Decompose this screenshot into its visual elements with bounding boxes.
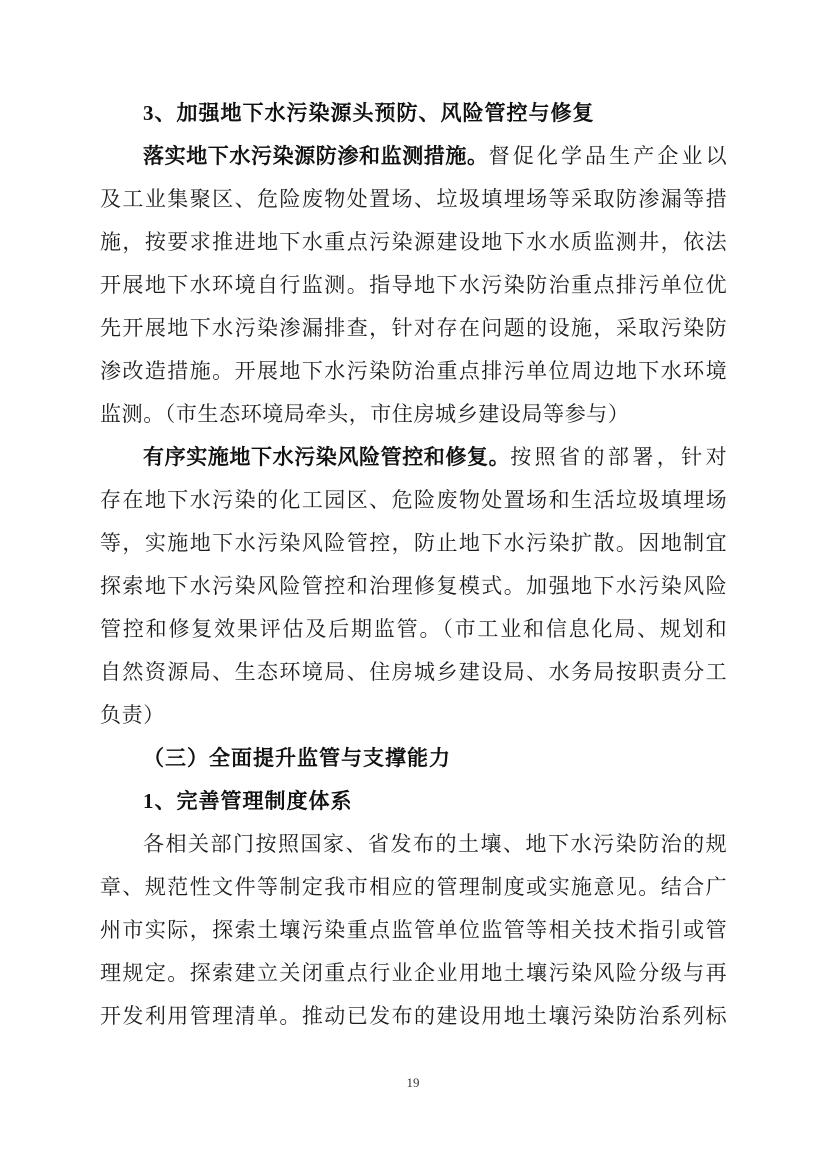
section-heading-3: 3、加强地下水污染源头预防、风险管控与修复 (100, 92, 727, 135)
paragraph-line: 及工业集聚区、危险废物处置场、垃圾填埋场等采取防渗漏等措 (100, 178, 727, 221)
section-heading-1: 1、完善管理制度体系 (100, 780, 727, 823)
subsection-heading: （三）全面提升监管与支撑能力 (100, 737, 727, 780)
paragraph-first-line: 有序实施地下水污染风险管控和修复。 按照省的部署，针对 (100, 436, 727, 479)
paragraph-line: 理规定。探索建立关闭重点行业企业用地土壤污染风险分级与再 (100, 952, 727, 995)
paragraph-first-line: 各相关部门按照国家、省发布的土壤、地下水污染防治的规 (100, 823, 727, 866)
paragraph-line: 章、规范性文件等制定我市相应的管理制度或实施意见。结合广 (100, 866, 727, 909)
paragraph-groundwater-source-prevention: 落实地下水污染源防渗和监测措施。 督促化学品生产企业以 及工业集聚区、危险废物处… (100, 135, 727, 436)
document-page: 3、加强地下水污染源头预防、风险管控与修复 落实地下水污染源防渗和监测措施。 督… (0, 0, 826, 1169)
paragraph-first-line: 落实地下水污染源防渗和监测措施。 督促化学品生产企业以 (100, 135, 727, 178)
paragraph-line: 等，实施地下水污染风险管控，防止地下水污染扩散。因地制宜 (100, 522, 727, 565)
paragraph-line: 先开展地下水污染渗漏排查，针对存在问题的设施，采取污染防 (100, 307, 727, 350)
paragraph-line: 探索地下水污染风险管控和治理修复模式。加强地下水污染风险 (100, 565, 727, 608)
paragraph-line: 自然资源局、生态环境局、住房城乡建设局、水务局按职责分工 (100, 651, 727, 694)
paragraph-risk-control-remediation: 有序实施地下水污染风险管控和修复。 按照省的部署，针对 存在地下水污染的化工园区… (100, 436, 727, 737)
paragraph-lead-bold: 落实地下水污染源防渗和监测措施。 (143, 135, 489, 178)
paragraph-line: 州市实际，探索土壤污染重点监管单位监管等相关技术指引或管 (100, 909, 727, 952)
paragraph-line: 开展地下水环境自行监测。指导地下水污染防治重点排污单位优 (100, 264, 727, 307)
paragraph-line: 开发利用管理清单。推动已发布的建设用地土壤污染防治系列标 (100, 995, 727, 1038)
document-body: 3、加强地下水污染源头预防、风险管控与修复 落实地下水污染源防渗和监测措施。 督… (100, 92, 727, 1038)
paragraph-line: 管控和修复效果评估及后期监管。（市工业和信息化局、规划和 (100, 608, 727, 651)
paragraph-lead-bold: 有序实施地下水污染风险管控和修复。 (143, 436, 510, 479)
paragraph-line-last: 监测。（市生态环境局牵头，市住房城乡建设局等参与） (100, 393, 727, 436)
paragraph-line: 施，按要求推进地下水重点污染源建设地下水水质监测井，依法 (100, 221, 727, 264)
page-number: 19 (0, 1074, 826, 1092)
paragraph-management-system: 各相关部门按照国家、省发布的土壤、地下水污染防治的规 章、规范性文件等制定我市相… (100, 823, 727, 1038)
paragraph-line: 存在地下水污染的化工园区、危险废物处置场和生活垃圾填埋场 (100, 479, 727, 522)
paragraph-line-last: 负责） (100, 694, 727, 737)
paragraph-line: 渗改造措施。开展地下水污染防治重点排污单位周边地下水环境 (100, 350, 727, 393)
paragraph-text: 按照省的部署，针对 (510, 436, 727, 479)
paragraph-text: 督促化学品生产企业以 (489, 135, 727, 178)
